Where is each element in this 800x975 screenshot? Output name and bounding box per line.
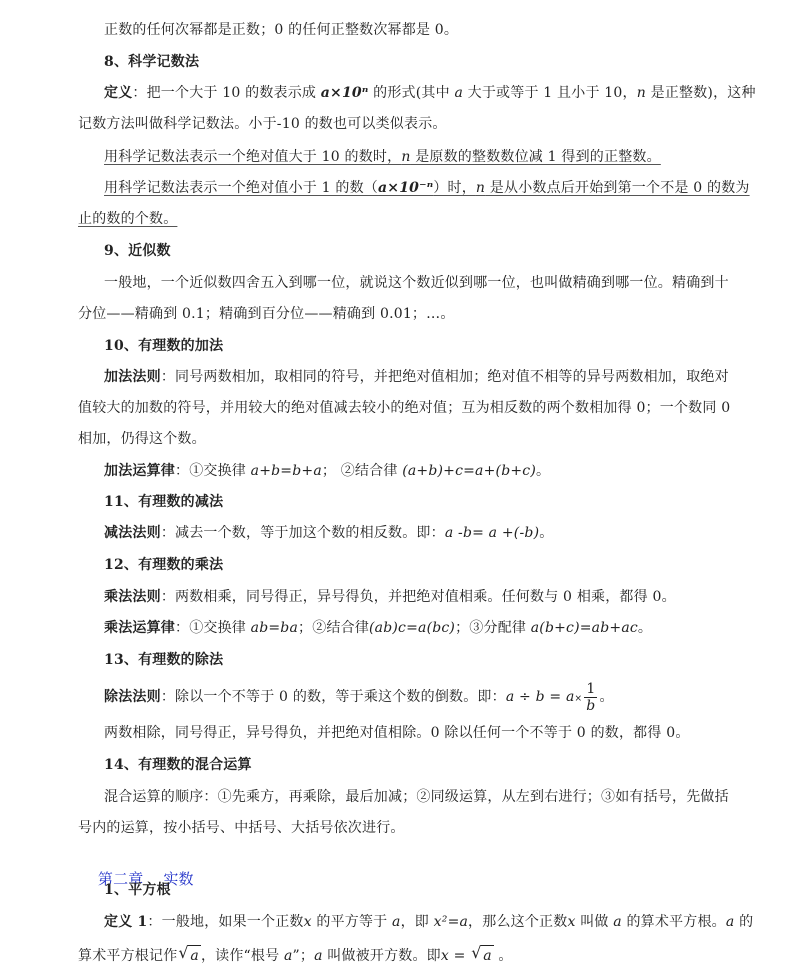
rule-label: 除法法则 [104, 689, 161, 705]
section-10-law: 加法运算律：①交换律 a+b=b+a； ②结合律 (a+b)+c=a+(b+c)… [104, 461, 794, 481]
text: 记数方法叫做科学记数法。小于-10 的数也可以类似表示。 [78, 116, 447, 132]
law-label: 加法运算律 [104, 463, 175, 479]
text: 的形式(其中 [368, 85, 454, 101]
text: 混合运算的顺序：①先乘方，再乘除，最后加减；②同级运算，从左到右进行；③如有括号… [104, 789, 729, 805]
section-9-paragraph-cont: 分位——精确到 0.1；精确到百分位——精确到 0.01；…。 [78, 304, 768, 324]
text: ；③分配律 [455, 620, 531, 636]
section-12-heading: 12、有理数的乘法 [104, 555, 794, 575]
text: 的平方等于 [312, 914, 392, 930]
fraction: 1b [584, 681, 597, 714]
section-9-heading: 9、近似数 [104, 241, 794, 261]
heading-text: 14、有理数的混合运算 [104, 757, 252, 773]
text: 叫做 [576, 914, 614, 930]
formula: a -b= a +(-b) [445, 525, 539, 541]
text: 是正整数)，这种 [646, 85, 756, 101]
law-label: 乘法运算律 [104, 620, 175, 636]
variable: x [441, 948, 449, 964]
variable: n [476, 180, 485, 196]
text: 一般地，一个近似数四舍五入到哪一位，就说这个数近似到哪一位，也叫做精确到哪一位。… [104, 275, 729, 291]
text: ，读作“根号 [201, 948, 284, 964]
formula: (ab)c=a(bc) [369, 620, 455, 636]
chapter-2-heading: 第二章 实数 [78, 849, 768, 909]
heading-text: 11、有理数的减法 [104, 494, 223, 510]
section-10-rule-cont-1: 值较大的加数的符号，并用较大的绝对值减去较小的绝对值；互为相反数的两个数相加得 … [78, 398, 768, 418]
times-sign: × [575, 694, 583, 704]
heading-text: 8、科学记数法 [104, 54, 199, 70]
text: ，即 [401, 914, 434, 930]
text: 的算术平方根。 [622, 914, 726, 930]
text: 叫做被开方数。即 [323, 948, 441, 964]
fraction-denominator: b [584, 698, 597, 714]
definition-label: 定义 1 [104, 914, 147, 930]
section-14-heading: 14、有理数的混合运算 [104, 755, 794, 775]
paragraph-powers: 正数的任何次幂都是正数；0 的任何正整数次幂都是 0。 [104, 20, 794, 40]
text: 正数的任何次幂都是正数；0 的任何正整数次幂都是 0。 [104, 22, 458, 38]
formula: a(b+c)=ab+ac [531, 620, 638, 636]
text: ）时， [433, 180, 476, 196]
text: ：两数相乘，同号得正，异号得负，并把绝对值相乘。任何数与 0 相乘，都得 0。 [161, 589, 676, 605]
section-14-paragraph-cont: 号内的运算，按小括号、中括号、大括号依次进行。 [78, 818, 768, 838]
text: 号内的运算，按小括号、中括号、大括号依次进行。 [78, 820, 405, 836]
section-10-heading: 10、有理数的加法 [104, 336, 794, 356]
variable: a [284, 948, 293, 964]
variable: a [314, 948, 323, 964]
section-10-rule: 加法法则：同号两数相加，取相同的符号，并把绝对值相加；绝对值不相等的异号两数相加… [104, 367, 794, 387]
rule-label: 乘法法则 [104, 589, 161, 605]
text: ：①交换律 [175, 463, 251, 479]
text: 是从小数点后开始到第一个不是 0 的数为 [485, 180, 749, 196]
text: ：①交换律 [175, 620, 251, 636]
section-8-rule-2-cont: 止的数的个数。 [78, 209, 768, 229]
fraction-numerator: 1 [584, 681, 597, 698]
variable: x [304, 914, 312, 930]
section-8-heading: 8、科学记数法 [104, 52, 794, 72]
formula: (a+b)+c=a+(b+c) [402, 463, 536, 479]
variable: a [392, 914, 401, 930]
heading-text: 12、有理数的乘法 [104, 557, 223, 573]
variable: n [637, 85, 646, 101]
text: ：除以一个不等于 0 的数，等于乘这个数的倒数。即： [161, 689, 506, 705]
chapter-2-section-1-definition: 定义 1：一般地，如果一个正数x 的平方等于 a，即 x²=a，那么这个正数x … [104, 912, 794, 932]
section-12-rule: 乘法法则：两数相乘，同号得正，异号得负，并把绝对值相乘。任何数与 0 相乘，都得… [104, 587, 794, 607]
formula: a×10⁻ⁿ [378, 180, 433, 196]
formula: ab=ba [251, 620, 298, 636]
text: 值较大的加数的符号，并用较大的绝对值减去较小的绝对值；互为相反数的两个数相加得 … [78, 400, 730, 416]
text: 两数相除，同号得正，异号得负，并把绝对值相除。0 除以任何一个不等于 0 的数，… [104, 725, 690, 741]
heading-text: 1、平方根 [104, 882, 171, 898]
text: 用科学记数法表示一个绝对值大于 10 的数时， [104, 149, 401, 165]
heading-text: 9、近似数 [104, 243, 171, 259]
chapter-2-section-1-definition-cont: 算术平方根记作a，读作“根号 a”；a 叫做被开方数。即x = a 。 [78, 945, 768, 966]
square-root: a [481, 945, 494, 966]
section-11-rule: 减法法则：减去一个数，等于加这个数的相反数。即：a -b= a +(-b)。 [104, 523, 794, 543]
text: 相加，仍得这个数。 [78, 431, 206, 447]
formula: a ÷ b = a [506, 689, 575, 705]
text: ：把一个大于 10 的数表示成 [132, 85, 320, 101]
text: 。 [599, 689, 613, 705]
text: ，那么这个正数 [468, 914, 567, 930]
text: ”； [293, 948, 315, 964]
section-8-definition: 定义：把一个大于 10 的数表示成 a×10ⁿ 的形式(其中 a 大于或等于 1… [104, 83, 794, 103]
section-8-rule-2: 用科学记数法表示一个绝对值小于 1 的数（a×10⁻ⁿ）时，n 是从小数点后开始… [104, 178, 794, 198]
section-11-heading: 11、有理数的减法 [104, 492, 794, 512]
chapter-2-section-1-heading: 1、平方根 [104, 880, 794, 900]
text: 算术平方根记作 [78, 948, 177, 964]
variable: a [454, 85, 463, 101]
section-13-heading: 13、有理数的除法 [104, 650, 794, 670]
text: ； ②结合律 [322, 463, 402, 479]
formula: a×10ⁿ [321, 85, 369, 101]
section-9-paragraph: 一般地，一个近似数四舍五入到哪一位，就说这个数近似到哪一位，也叫做精确到哪一位。… [104, 273, 794, 293]
variable: x [567, 914, 575, 930]
section-10-rule-cont-2: 相加，仍得这个数。 [78, 429, 768, 449]
text: = [449, 948, 470, 964]
heading-text: 10、有理数的加法 [104, 338, 223, 354]
variable: n [401, 149, 410, 165]
text: ；②结合律 [298, 620, 369, 636]
text: ：同号两数相加，取相同的符号，并把绝对值相加；绝对值不相等的异号两数相加，取绝对 [161, 369, 729, 385]
text: 。 [638, 620, 652, 636]
document-page: 正数的任何次幂都是正数；0 的任何正整数次幂都是 0。 8、科学记数法 定义：把… [0, 0, 800, 975]
text: 是原数的整数数位减 1 得到的正整数。 [411, 149, 661, 165]
rule-label: 加法法则 [104, 369, 161, 385]
section-12-law: 乘法运算律：①交换律 ab=ba；②结合律(ab)c=a(bc)；③分配律 a(… [104, 618, 794, 638]
section-8-definition-cont: 记数方法叫做科学记数法。小于-10 的数也可以类似表示。 [78, 114, 768, 134]
text: ：一般地，如果一个正数 [147, 914, 303, 930]
text: 用科学记数法表示一个绝对值小于 1 的数（ [104, 180, 378, 196]
square-root: a [188, 945, 201, 966]
definition-label: 定义 [104, 85, 132, 101]
variable: a [613, 914, 622, 930]
text: 。 [494, 948, 513, 964]
text: ：减去一个数，等于加这个数的相反数。即： [161, 525, 445, 541]
formula: a+b=b+a [251, 463, 322, 479]
formula: x²=a [434, 914, 468, 930]
section-8-rule-1: 用科学记数法表示一个绝对值大于 10 的数时，n 是原数的整数数位减 1 得到的… [104, 147, 794, 167]
text: 分位——精确到 0.1；精确到百分位——精确到 0.01；…。 [78, 306, 455, 322]
text: 止的数的个数。 [78, 211, 177, 227]
text: 大于或等于 1 且小于 10， [463, 85, 637, 101]
section-13-paragraph: 两数相除，同号得正，异号得负，并把绝对值相除。0 除以任何一个不等于 0 的数，… [104, 723, 794, 743]
rule-label: 减法法则 [104, 525, 161, 541]
section-14-paragraph: 混合运算的顺序：①先乘方，再乘除，最后加减；②同级运算，从左到右进行；③如有括号… [104, 787, 794, 807]
heading-text: 13、有理数的除法 [104, 652, 223, 668]
section-13-rule: 除法法则：除以一个不等于 0 的数，等于乘这个数的倒数。即：a ÷ b = a×… [104, 680, 794, 716]
text: 。 [539, 525, 553, 541]
text: 。 [536, 463, 550, 479]
text: 的 [734, 914, 753, 930]
